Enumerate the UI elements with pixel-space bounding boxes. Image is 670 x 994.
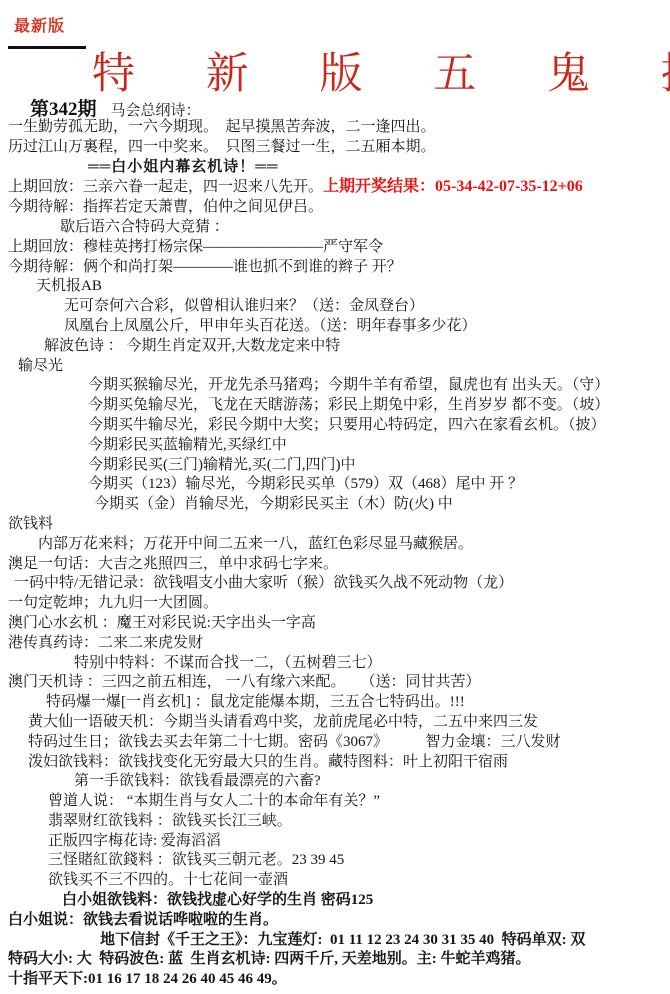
yuqian-line: 正版四字梅花诗: 爱海滔滔: [48, 832, 670, 852]
inner-secret-banner: ══白小姐内幕玄机诗！══: [88, 158, 670, 178]
shujinguang-line: 今期彩民买(三门)输精光,买(二门,四门)中: [88, 456, 670, 476]
current-issue-clue-line: 今期待解：俩个和尚打架————谁也抓不到谁的辫子 开？: [8, 258, 670, 278]
page-title: 特 新 版 五 鬼 报: [92, 40, 670, 101]
header-divider-line: [8, 46, 86, 49]
yuqian-line: 特码爆一爆[一肖玄机] ：鼠龙定能爆本期，三五合七特码出。!!!: [46, 693, 670, 713]
footer-attributes-line: 特码大小: 大 特码波色: 蓝 生肖玄机诗: 四两千斤, 天差地别。主: 牛蛇羊…: [8, 950, 670, 970]
yuqian-line: 第一手欲钱料：欲钱看最漂亮的六畜?: [74, 772, 670, 792]
last-issue-replay-line: 上期回放：三亲六眷一起走，四一迟来八先开。上期开奖结果：05-34-42-07-…: [8, 177, 670, 198]
yuqian-line: 内部万花来料；万花开中间二五来一八，蓝红色彩尽显马藏猴居。: [38, 535, 670, 555]
tianji-line: 无可奈何六合彩，似曾相认谁归来？（送：金凤登台）: [64, 297, 670, 317]
issue-row: 第342期马会总纲诗：: [30, 94, 201, 121]
yuqian-line: 港传真药诗：二来二来虎发财: [8, 634, 670, 654]
latest-edition-badge: 最新版: [14, 13, 65, 36]
wugui-report-page: 最新版 特 新 版 五 鬼 报 第342期马会总纲诗： 一生勤劳孤无助，一六今期…: [0, 0, 670, 994]
yuqian-line: 澳足一句话：大吉之兆照四三，单中求码七字来。: [8, 555, 670, 575]
yuqian-line: 欲钱买不三不四的。十七花间一壶酒: [48, 871, 670, 891]
baixiaojie-yuqian-line: 白小姐欲钱料：欲钱找虚心好学的生肖 密码125: [62, 891, 670, 911]
poem-line: 一生勤劳孤无助，一六今期现。 起早摸黑苦奔波，二一逢四出。: [8, 118, 670, 138]
current-issue-clue-line: 今期待解：指挥若定天萧曹，伯仲之间见伊吕。: [8, 198, 670, 218]
yuqian-line: 一码中特/无错记录：欲钱唱支小曲大家听（猴）欲钱买久战不死动物（龙）: [14, 574, 670, 594]
riddle-section-title: 歇后语六合特码大竞猜 ：: [60, 218, 670, 238]
replay-text: 上期回放：三亲六眷一起走，四一迟来八先开。: [8, 179, 323, 195]
shujinguang-line: 今期彩民买蓝输精光,买绿红中: [88, 436, 670, 456]
yuqian-line: 澳门心水玄机 ：魔王对彩民说:天字出头一字高: [8, 614, 670, 634]
issue-number: 第342期: [30, 99, 97, 120]
wave-color-poem: 解波色诗 ： 今期生肖定双开,大数龙定来中特: [44, 337, 670, 357]
poem-line: 历过江山万裏程，四一中奖来。 只图三餐过一生，二五厢本期。: [8, 138, 670, 158]
yuqian-line: 黄大仙一语破天机：今期当头请看鸡中奖，龙前虎尾必中特，二五中来四三发: [28, 713, 670, 733]
yuqian-line: 曾道人说： “本期生肖与女人二十的本命年有关？”: [48, 792, 670, 812]
section-label-tianji: 天机报AB: [36, 277, 670, 297]
yuqian-line: 翡翠财红欲钱料 ：欲钱买长江三峡。: [48, 812, 670, 832]
section-label-yuqianliao: 欲钱料: [8, 515, 670, 535]
last-issue-replay-line: 上期回放：穆桂英拷打杨宗保————————严守军令: [8, 238, 670, 258]
yuqian-line: 泼妇欲钱料：欲钱找变化无穷最大只的生肖。藏特图料：叶上初阳干宿雨: [28, 753, 670, 773]
tianji-line: 凤凰台上凤凰公斤，甲申年头百花送。（送：明年春事多少花）: [64, 317, 670, 337]
yuqian-line: 澳门天机诗 ：三四之前五相连， 一八有缘六来配。 （送：同甘共苦）: [8, 673, 670, 693]
yuqian-line: 特别中特料：不谋而合找一二，（五树碧三七）: [74, 654, 670, 674]
shujinguang-line: 今期买猴输尽光，开龙先杀马猪鸡；今期牛羊有希望，鼠虎也有 出头天。（守）: [88, 376, 670, 396]
yuqian-line: 三怪賭紅欲錢料 ：欲钱买三朝元老。23 39 45: [48, 851, 670, 871]
issue-note: 马会总纲诗：: [111, 103, 201, 119]
footer-envelope-line: 地下信封《千王之王》：九宝莲灯: 01 11 12 23 24 30 31 35…: [100, 931, 670, 951]
shujinguang-line: 今期买（金）肖输尽光，今期彩民买主（木）防(火) 中: [94, 495, 670, 515]
shujinguang-line: 今期买（123）输尽光，今期彩民买单（579）双（468）尾中 开 ？: [88, 475, 670, 495]
shujinguang-line: 今期买兔输尽光，飞龙在天瞎游荡；彩民上期兔中彩，生肖岁岁 都不变。（坡）: [88, 396, 670, 416]
report-body: 一生勤劳孤无助，一六今期现。 起早摸黑苦奔波，二一逢四出。 历过江山万裏程，四一…: [0, 118, 670, 990]
baixiaojie-says-line: 白小姐说：欲钱去看说话哗啦啦的生肖。: [8, 911, 670, 931]
section-label-shujinguang: 输尽光: [18, 357, 670, 377]
yuqian-line: 一句定乾坤；九九归一大团圆。: [8, 594, 670, 614]
footer-numbers-line: 十指平天下:01 16 17 18 24 26 40 45 46 49。: [8, 970, 670, 990]
last-draw-result: 上期开奖结果：05-34-42-07-35-12+06: [323, 178, 583, 195]
shujinguang-line: 今期买牛输尽光，彩民今期中大奖；只要用心特码定，四六在家看玄机。（披）: [88, 416, 670, 436]
yuqian-line: 特码过生日；欲钱去买去年第二十七期。密码《3067》 智力金壤：三八发财: [28, 733, 670, 753]
